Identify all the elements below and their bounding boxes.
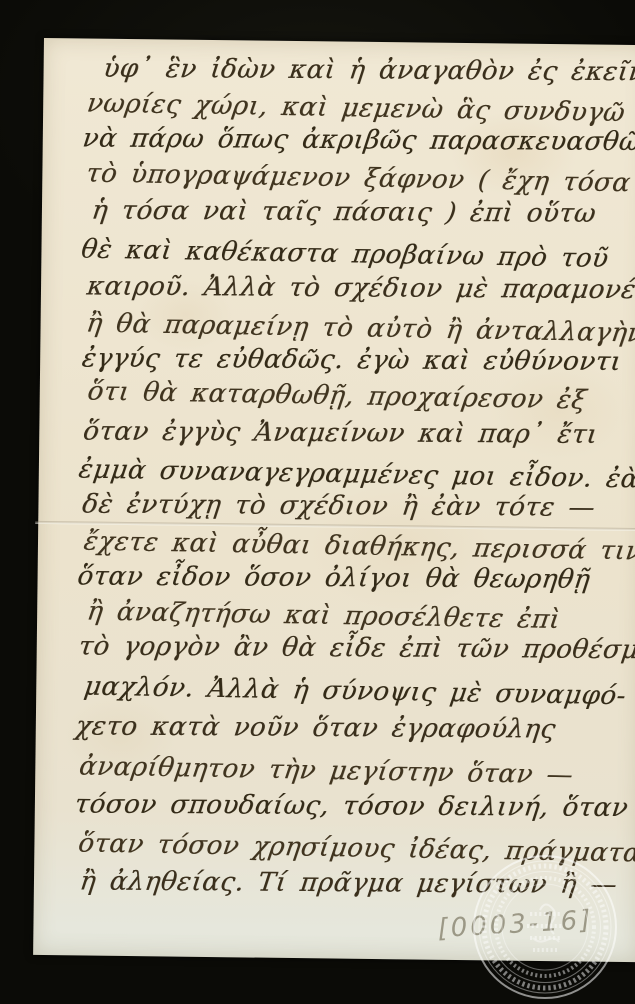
manuscript-line: τόσον σπουδαίως, τόσον δειλινή, ὅταν ἔχο… — [73, 787, 635, 825]
manuscript-line: καιροῦ. Ἀλλὰ τὸ σχέδιον μὲ παραμονές — [85, 270, 635, 308]
manuscript-line: δὲ ἐντύχῃ τὸ σχέδιον ἢ ἐὰν τότε — — [80, 488, 597, 525]
manuscript-line: ὅταν ἐγγὺς Ἀναμείνων καὶ παρ᾽ ἔτι — [81, 415, 600, 452]
manuscript-line: τὸ γοργὸν ἂν θὰ εἶδε ἐπὶ τῶν προθέσμων — [77, 629, 635, 667]
manuscript-text: ὑφ᾽ ἓν ἰδὼν καὶ ἡ ἀναγαθὸν ἐς ἐκεῖναι νω… — [44, 38, 635, 45]
manuscript-line: νὰ πάρω ὅπως ἀκριβῶς παρασκευασθῶ εἰς — [81, 121, 635, 159]
manuscript-line: ὅτι θὰ καταρθωθῇ, προχαίρεσον ἐξ — [85, 375, 588, 418]
manuscript-line: ὑφ᾽ ἓν ἰδὼν καὶ ἡ ἀναγαθὸν ἐς ἐκεῖναι — [101, 52, 635, 90]
manuscript-line: χετο κατὰ νοῦν ὅταν ἐγραφούλης — [74, 709, 558, 746]
embossed-seal-icon — [470, 852, 620, 1002]
scanned-letter-photo: ὑφ᾽ ἓν ἰδὼν καὶ ἡ ἀναγαθὸν ἐς ἐκεῖναι νω… — [0, 0, 635, 1004]
manuscript-line: ἡ τόσα ναὶ ταῖς πάσαις ) ἐπὶ οὕτω — [90, 194, 598, 231]
manuscript-line: ἀναρίθμητον τὴν μεγίστην ὅταν — — [77, 749, 576, 792]
letter-page: ὑφ᾽ ἓν ἰδὼν καὶ ἡ ἀναγαθὸν ἐς ἐκεῖναι νω… — [33, 38, 635, 962]
manuscript-line: ἐγγύς τε εὐθαδῶς. ἐγὼ καὶ εὐθύνοντι — [80, 342, 623, 380]
manuscript-line: ὅταν εἶδον ὅσον ὀλίγοι θὰ θεωρηθῇ — [75, 559, 592, 596]
manuscript-line: μαχλόν. Ἀλλὰ ἡ σύνοψις μὲ συναμφό- — [82, 670, 628, 714]
